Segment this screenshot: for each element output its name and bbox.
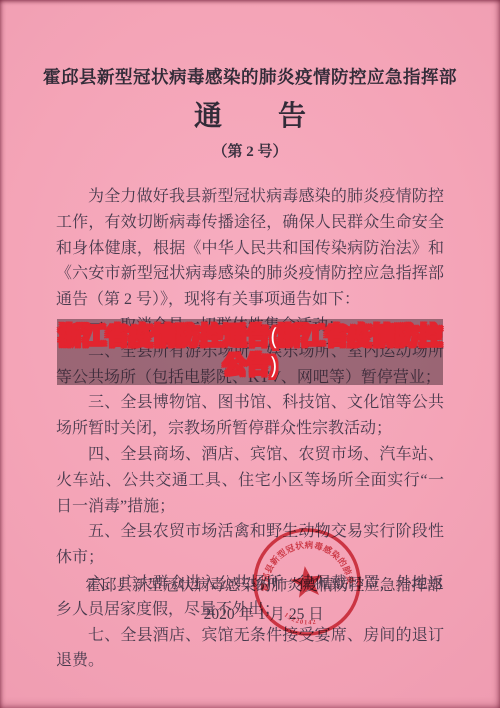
- seal-code: 15220142: [282, 608, 318, 630]
- caption-line-2: 公告): [57, 351, 443, 380]
- doc-number: （第 2 号）: [0, 140, 500, 161]
- body-paragraph: 三、全县博物馆、图书馆、科技馆、文化馆等公共场所暂时关闭，宗教场所暂停群众性宗教…: [56, 390, 444, 442]
- doc-type-title: 通 告: [0, 94, 500, 134]
- caption-line-1: 浙江省疫情防控通告(浙江省疫情防控: [57, 322, 443, 351]
- body-paragraph: 七、全县酒店、宾馆无条件接受宴席、房间的退订退费。: [56, 623, 444, 675]
- svg-text:15220142: 15220142: [282, 608, 318, 630]
- issuer-title: 霍邱县新型冠状病毒感染的肺炎疫情防控应急指挥部: [0, 64, 500, 89]
- caption-overlay: 浙江省疫情防控通告(浙江省疫情防控 公告): [57, 319, 443, 385]
- notice-photo: 霍邱县新型冠状病毒感染的肺炎疫情防控应急指挥部 通 告 （第 2 号） 为全力做…: [0, 0, 500, 708]
- seal-star-icon: [289, 564, 325, 599]
- body-paragraph: 四、全县商场、酒店、宾馆、农贸市场、汽车站、火车站、公共交通工具、住宅小区等场所…: [56, 442, 444, 519]
- body-paragraph: 为全力做好我县新型冠状病毒感染的肺炎疫情防控工作，有效切断病毒传播途径，确保人民…: [56, 184, 444, 313]
- official-seal: 霍邱县新型冠状病毒感染的肺炎疫情防控应急指挥部 15220142: [244, 519, 370, 645]
